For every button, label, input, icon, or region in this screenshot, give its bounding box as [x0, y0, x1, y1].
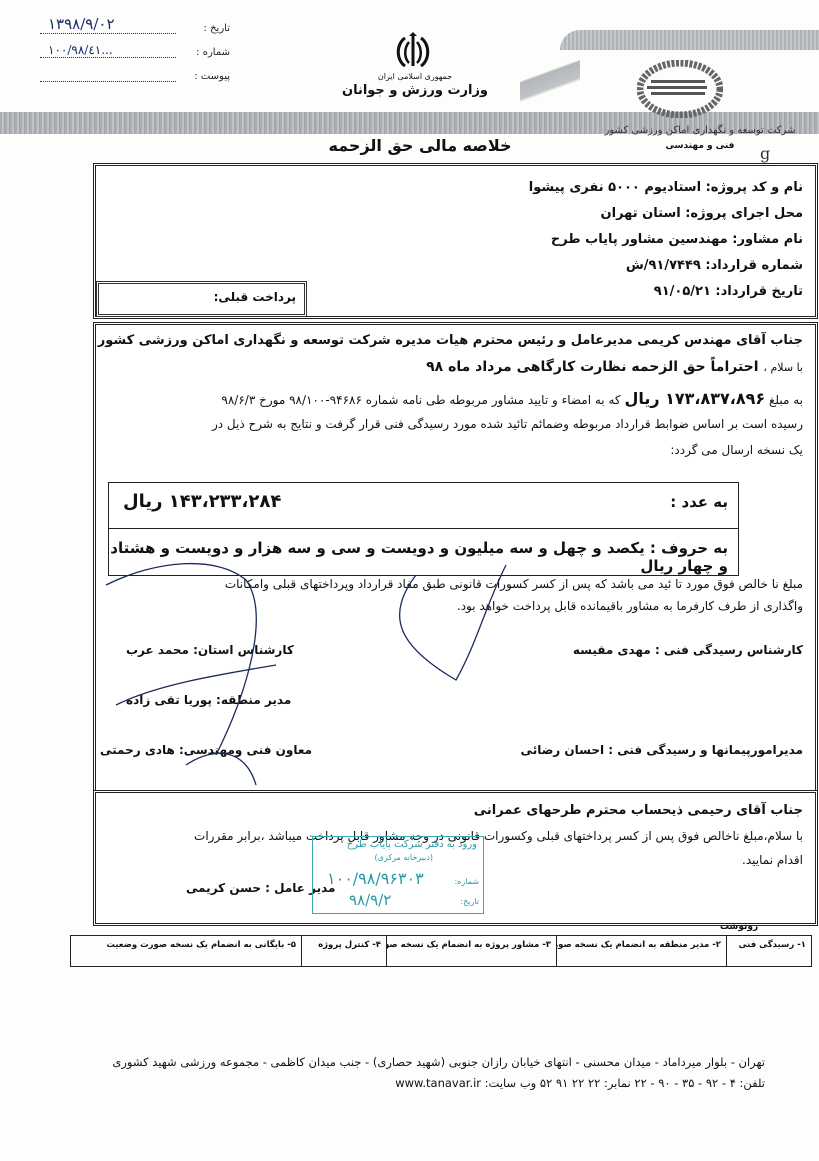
attachment-label: پیوست : — [182, 71, 230, 82]
amount-words: به حروف : یکصد و چهل و سه میلیون و دویست… — [109, 539, 728, 575]
project-name: نام و کد پروژه: استادیوم ۵۰۰۰ نفری پیشوا — [529, 180, 803, 195]
number-value: ۱۰۰/۹۸/٤۱... — [40, 43, 176, 58]
note-line1: مبلغ نا خالص فوق مورد تا ئید می باشد که … — [225, 577, 803, 591]
note-line2: واگذاری از طرف کارفرما به مشاور باقیماند… — [457, 599, 803, 613]
stamp-number-value: ۱۰۰/۹۸/۹۶۳۰۳ — [327, 869, 424, 888]
letter-body-line1: به مبلغ ۱۷۳،۸۳۷،۸۹۶ ریال که به امضاء و ت… — [221, 389, 803, 408]
letter-body-line3: یک نسخه ارسال می گردد: — [670, 443, 803, 457]
letter-subject: احتراماً حق الزحمه نظارت کارگاهی مرداد م… — [426, 359, 758, 375]
accounting-addressee: جناب آقای رحیمی ذیحساب محترم طرحهای عمرا… — [474, 803, 803, 818]
body-suffix: که به امضاء و تایید مشاور مربوطه طی نامه… — [221, 393, 620, 407]
date-value: ۱۳۹۸/۹/۰۲ — [40, 15, 176, 34]
accounting-body-line1: با سلام،مبلغ ناخالص فوق پس از کسر پرداخت… — [194, 829, 803, 843]
ministry-name: وزارت ورزش و جوانان — [340, 83, 490, 98]
date-label: تاریخ : — [182, 23, 230, 34]
stamp-date-value: ۹۸/۹/۲ — [349, 891, 391, 909]
copy-item: ۱- رسیدگی فنی — [726, 936, 811, 966]
copy-item: ۳- مشاور پروژه به انضمام یک نسخه صورت وض… — [386, 936, 556, 966]
accounting-body-line2: اقدام نمایید. — [742, 853, 803, 867]
copy-item: ۲- مدیر منطقه به انضمام یک نسخه صورت وضع… — [556, 936, 726, 966]
contract-number: شماره قرارداد: ۹۱/۷۴۴۹/ش — [626, 258, 803, 273]
received-stamp: ورود به دفتر شرکت پایاب طرح (دبیرخانه مر… — [312, 836, 484, 914]
amount-numeric-row: به عدد : ۱۴۳،۲۳۳،۲۸۴ ریال — [109, 483, 738, 528]
number-label: شماره : — [182, 47, 230, 58]
number-field: شماره : ۱۰۰/۹۸/٤۱... — [40, 34, 230, 58]
attachment-value — [40, 81, 176, 82]
copy-item: ۴- کنترل پروژه — [301, 936, 386, 966]
signature-technical-reviewer: کارشناس رسیدگی فنی : مهدی مقیسه — [573, 643, 803, 657]
stamp-date-label: تاریخ: — [460, 897, 479, 906]
signature-deputy: معاون فنی ومهندسی: هادی رحمتی — [100, 743, 312, 757]
letter-body-line2: رسیده است بر اساس ضوابط قرارداد مربوطه و… — [212, 417, 803, 431]
signature-region-manager: مدیر منطقه: پوریا تقی زاده — [126, 693, 291, 707]
document-title: خلاصه مالی حق الزحمه — [320, 136, 520, 155]
letter-box: جناب آقای مهندس کریمی مدیرعامل و رئیس مح… — [93, 322, 818, 794]
previous-payment-label: پرداخت قبلی: — [214, 290, 296, 304]
letter-addressee: جناب آقای مهندس کریمی مدیرعامل و رئیس مح… — [98, 333, 803, 348]
contract-date: تاریخ قرارداد: ۹۱/۰۵/۲۱ — [654, 284, 803, 299]
date-field: تاریخ : ۱۳۹۸/۹/۰۲ — [40, 10, 230, 34]
header-band-curve — [560, 30, 819, 50]
footer-contact: تلفن: ۴ - ۹۲ - ۳۵ - ۹۰ - ۲۲ نمابر: ۲۲ ۲۲… — [200, 1076, 765, 1090]
copies-table: ۱- رسیدگی فنی ۲- مدیر منطقه به انضمام یک… — [70, 935, 812, 967]
project-location: محل اجرای پروژه: استان تهران — [601, 206, 803, 221]
iran-emblem-icon — [393, 30, 433, 72]
stamp-title: ورود به دفتر شرکت پایاب طرح — [347, 839, 477, 850]
company-logo-icon — [637, 60, 723, 118]
body-prefix: به مبلغ — [769, 393, 803, 407]
project-info-box: نام و کد پروژه: استادیوم ۵۰۰۰ نفری پیشوا… — [93, 163, 818, 319]
amount-numeric-label: به عدد : — [670, 493, 728, 511]
stamp-number-label: شماره: — [454, 877, 479, 886]
amount-numeric-value: ۱۴۳،۲۳۳،۲۸۴ ریال — [123, 491, 281, 512]
footer-address: تهران - بلوار میرداماد - میدان محسنی - ا… — [200, 1055, 765, 1069]
amount-box: به عدد : ۱۴۳،۲۳۳،۲۸۴ ریال به حروف : یکصد… — [108, 482, 739, 576]
republic-label: جمهوری اسلامی ایران — [360, 72, 470, 81]
company-name: شرکت توسعه و نگهداری اماکن ورزشی کشور — [570, 125, 819, 136]
copy-item: ۵- بایگانی به انضمام یک نسخه صورت وضعیت — [71, 936, 301, 966]
attachment-field: پیوست : — [40, 58, 230, 82]
amount-words-row: به حروف : یکصد و چهل و سه میلیون و دویست… — [109, 528, 738, 574]
letter-greeting: با سلام ، — [763, 361, 803, 374]
copies-label: رونوشت — [720, 922, 758, 932]
signature-province-expert: کارشناس استان: محمد عرب — [126, 643, 294, 657]
header-fields: تاریخ : ۱۳۹۸/۹/۰۲ شماره : ۱۰۰/۹۸/٤۱... پ… — [40, 10, 230, 82]
corner-mark: g — [760, 144, 770, 163]
previous-payment-box: پرداخت قبلی: — [96, 281, 307, 317]
stamp-subtitle: (دبیرخانه مرکزی) — [375, 853, 433, 862]
consultant-name: نام مشاور: مهندسین مشاور پایاب طرح — [551, 232, 803, 247]
body-amount: ۱۷۳،۸۳۷،۸۹۶ ریال — [624, 389, 765, 408]
signature-contracts-manager: مدیرامورپیمانها و رسیدگی فنی : احسان رضا… — [521, 743, 803, 757]
letter-subject-line: با سلام ، احتراماً حق الزحمه نظارت کارگا… — [426, 359, 803, 375]
